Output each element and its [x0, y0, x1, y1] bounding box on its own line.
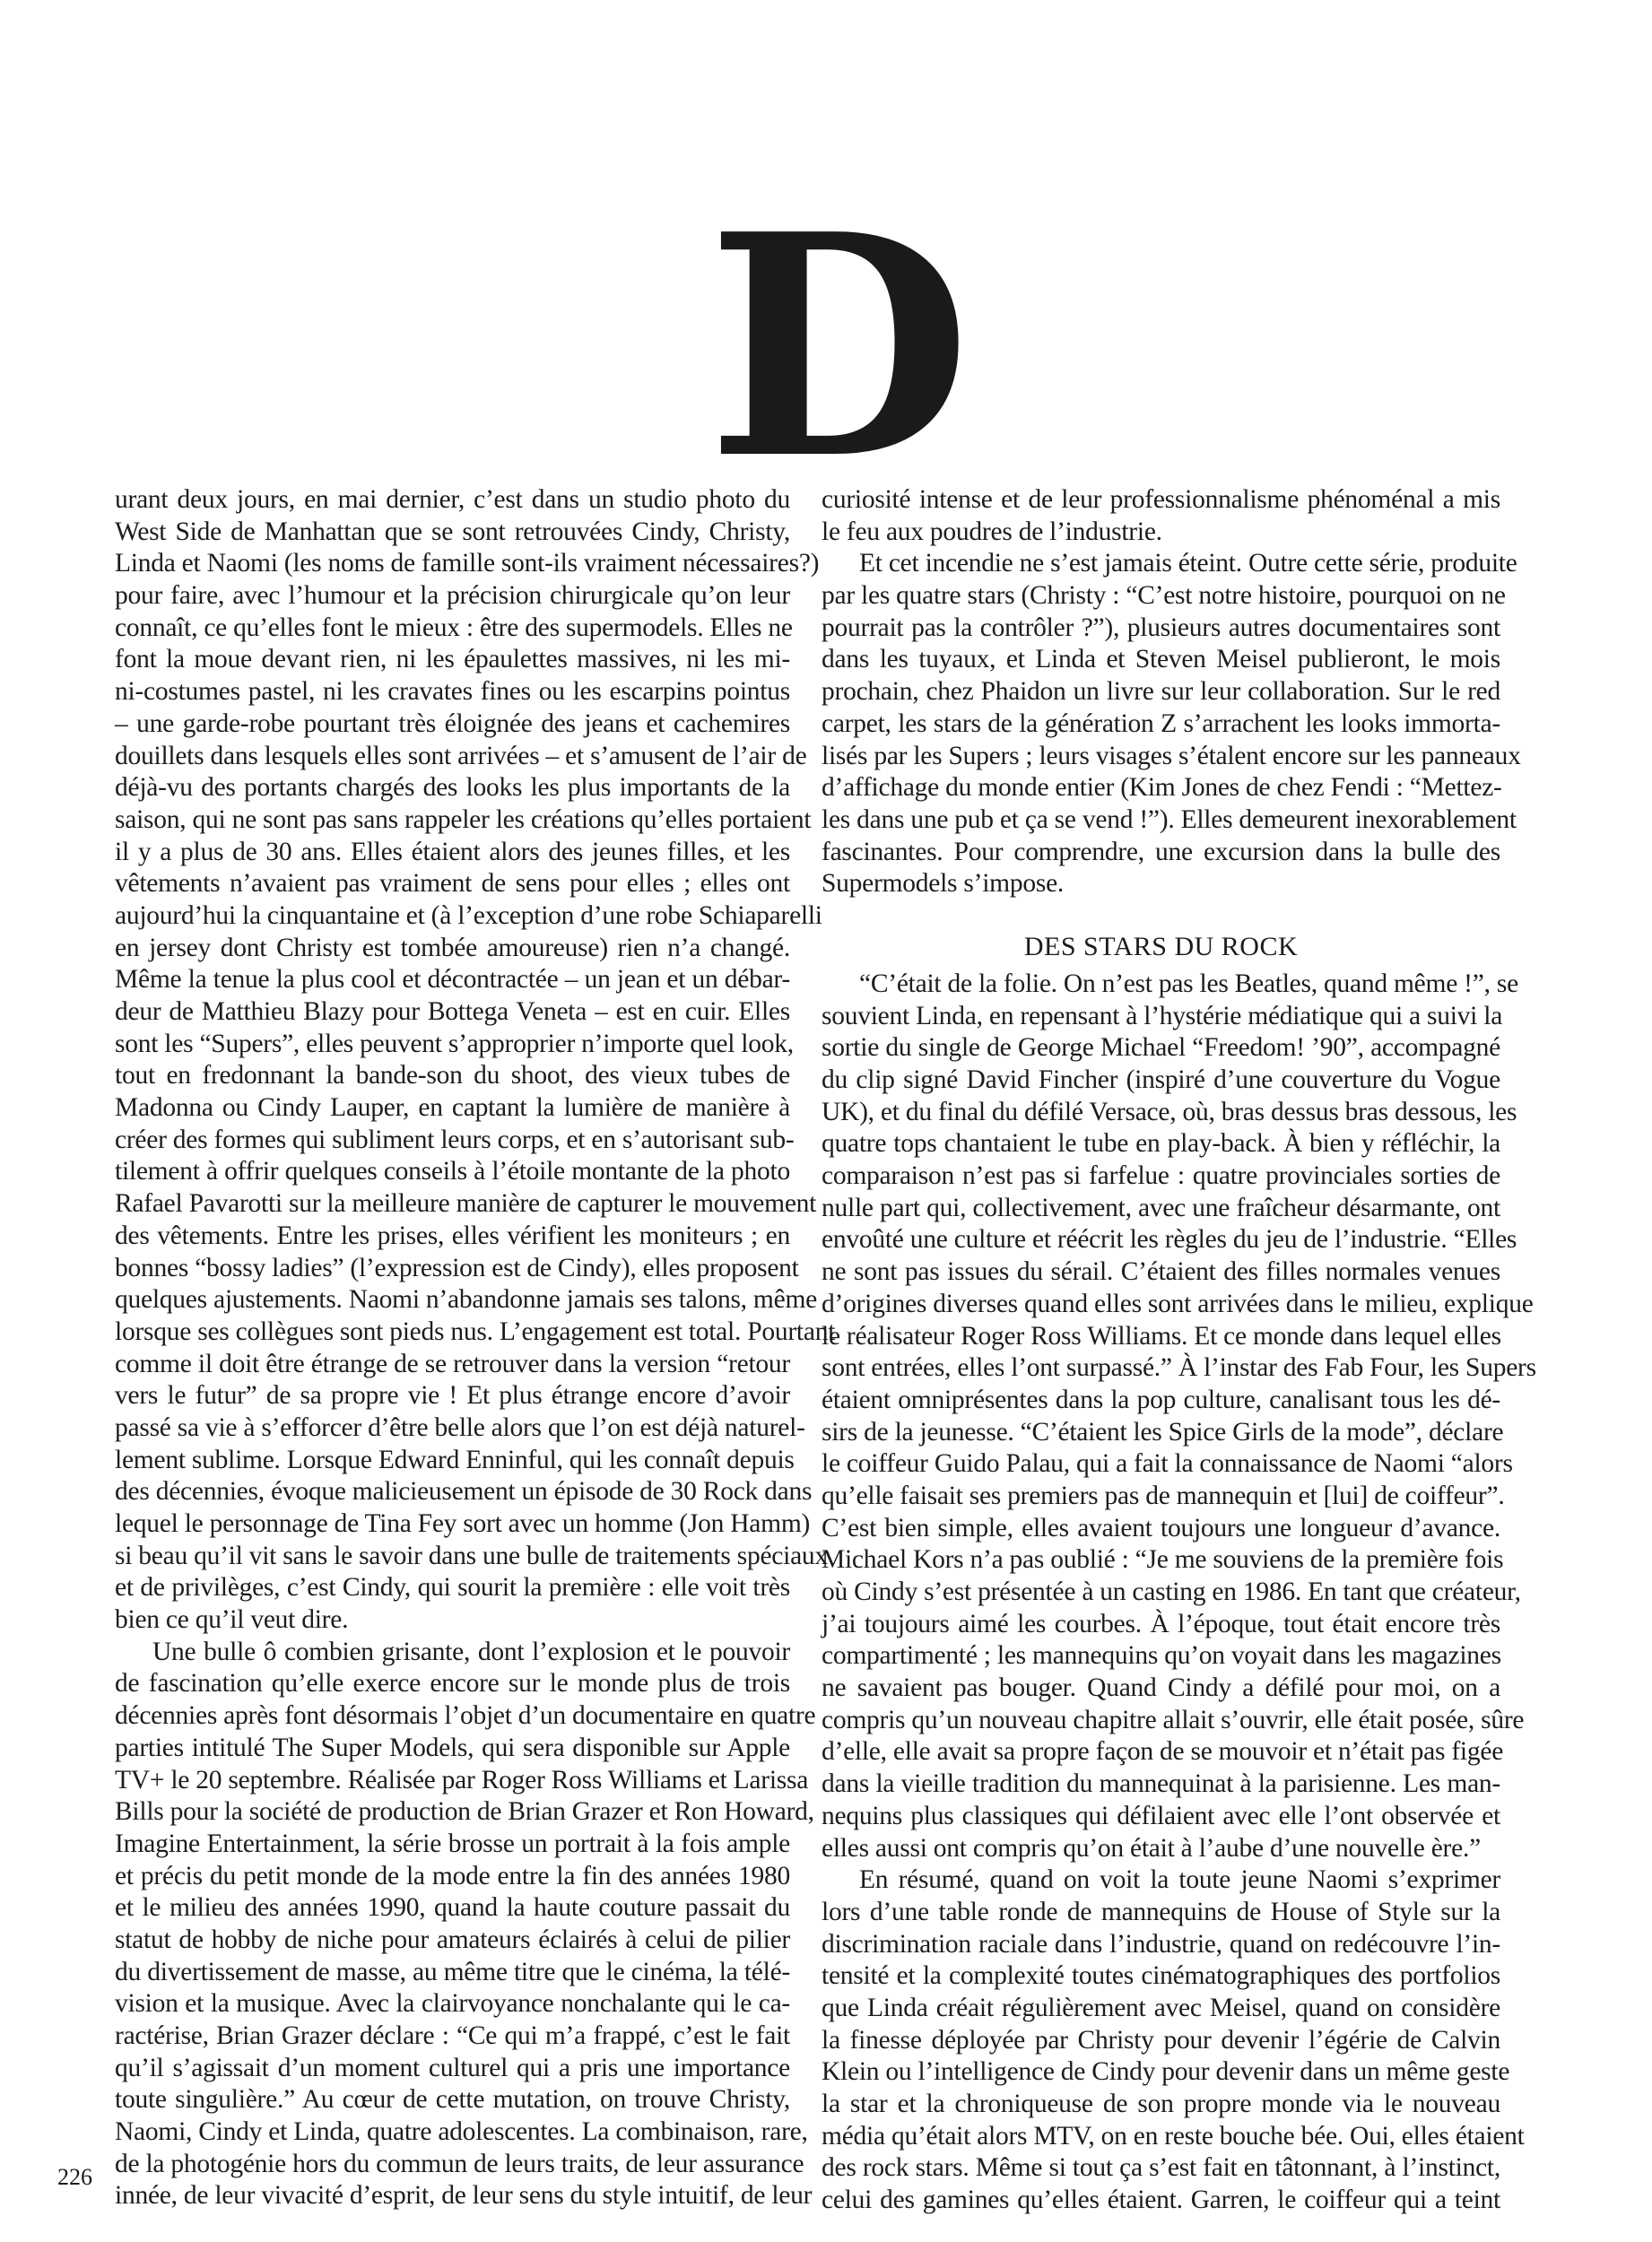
text-line: du clip signé David Fincher (inspiré d’u… — [822, 1065, 1500, 1097]
text-line: “C’était de la folie. On n’est pas les B… — [822, 969, 1500, 1001]
text-line: quelques ajustements. Naomi n’abandonne … — [115, 1284, 790, 1317]
text-line: tout en fredonnant la bande-son du shoot… — [115, 1060, 790, 1092]
text-line: et le milieu des années 1990, quand la h… — [115, 1892, 790, 1925]
text-line: du divertissement de masse, au même titr… — [115, 1957, 790, 1989]
text-line: ractérise, Brian Grazer déclare : “Ce qu… — [115, 2020, 790, 2053]
text-line: bien ce qu’il veut dire. — [115, 1604, 790, 1637]
text-line: innée, de leur vivacité d’esprit, de leu… — [115, 2180, 790, 2212]
text-line: deur de Matthieu Blazy pour Bottega Vene… — [115, 996, 790, 1029]
text-line: le feu aux poudres de l’industrie. — [822, 517, 1500, 549]
text-line: en jersey dont Christy est tombée amoure… — [115, 933, 790, 965]
text-line: statut de hobby de niche pour amateurs é… — [115, 1925, 790, 1957]
text-line: passé sa vie à s’efforcer d’être belle a… — [115, 1412, 790, 1445]
text-line: Linda et Naomi (les noms de famille sont… — [115, 548, 790, 580]
text-line: West Side de Manhattan que se sont retro… — [115, 517, 790, 549]
text-line: et de privilèges, c’est Cindy, qui souri… — [115, 1572, 790, 1604]
text-line: nequins plus classiques qui défilaient a… — [822, 1801, 1500, 1833]
text-line: envoûté une culture et réécrit les règle… — [822, 1224, 1500, 1256]
text-line: sont les “Supers”, elles peuvent s’appro… — [115, 1029, 790, 1061]
text-line: prochain, chez Phaidon un livre sur leur… — [822, 676, 1500, 708]
text-line: Madonna ou Cindy Lauper, en captant la l… — [115, 1092, 790, 1125]
text-line: Rafael Pavarotti sur la meilleure manièr… — [115, 1188, 790, 1221]
text-line: nulle part qui, collectivement, avec une… — [822, 1193, 1500, 1225]
text-line: d’affichage du monde entier (Kim Jones d… — [822, 772, 1500, 804]
text-line: Supermodels s’impose. — [822, 868, 1500, 900]
text-line: pourrait pas la contrôler ?”), plusieurs… — [822, 613, 1500, 645]
text-line: il y a plus de 30 ans. Elles étaient alo… — [115, 837, 790, 869]
text-line: les dans une pub et ça se vend !”). Elle… — [822, 804, 1500, 837]
page-number: 226 — [57, 2164, 92, 2191]
drop-cap-letter: D — [707, 231, 958, 465]
text-line: la star et la chroniqueuse de son propre… — [822, 2089, 1500, 2121]
text-line: média qu’était alors MTV, on en reste bo… — [822, 2121, 1500, 2153]
text-line: bonnes “bossy ladies” (l’expression est … — [115, 1253, 790, 1285]
text-line: comme il doit être étrange de se retrouv… — [115, 1349, 790, 1381]
text-line: carpet, les stars de la génération Z s’a… — [822, 708, 1500, 741]
text-line: tensité et la complexité toutes cinémato… — [822, 1960, 1500, 1993]
text-line: lisés par les Supers ; leurs visages s’é… — [822, 741, 1500, 773]
text-line: En résumé, quand on voit la toute jeune … — [822, 1864, 1500, 1897]
text-line: Imagine Entertainment, la série brosse u… — [115, 1829, 790, 1861]
text-line: créer des formes qui subliment leurs cor… — [115, 1125, 790, 1157]
text-line: décennies après font désormais l’objet d… — [115, 1700, 790, 1733]
text-line: Bills pour la société de production de B… — [115, 1796, 790, 1829]
text-line: lors d’une table ronde de mannequins de … — [822, 1897, 1500, 1929]
text-line: qu’elle faisait ses premiers pas de mann… — [822, 1481, 1500, 1513]
text-line: C’est bien simple, elles avaient toujour… — [822, 1513, 1500, 1545]
text-line: dans les tuyaux, et Linda et Steven Meis… — [822, 644, 1500, 676]
text-line: Michael Kors n’a pas oublié : “Je me sou… — [822, 1544, 1500, 1577]
text-line: vision et la musique. Avec la clairvoyan… — [115, 1988, 790, 2020]
text-line: vêtements n’avaient pas vraiment de sens… — [115, 868, 790, 900]
text-line: parties intitulé The Super Models, qui s… — [115, 1733, 790, 1765]
text-line: d’elle, elle avait sa propre façon de se… — [822, 1736, 1500, 1768]
text-line: lement sublime. Lorsque Edward Enninful,… — [115, 1445, 790, 1477]
text-line: ne sont pas issues du sérail. C’étaient … — [822, 1256, 1500, 1289]
text-line: lequel le personnage de Tina Fey sort av… — [115, 1508, 790, 1541]
text-line: comparaison n’est pas si farfelue : quat… — [822, 1160, 1500, 1193]
text-line: curiosité intense et de leur professionn… — [822, 484, 1500, 517]
text-line: Même la tenue la plus cool et décontract… — [115, 964, 790, 996]
text-line: connaît, ce qu’elles font le mieux : êtr… — [115, 613, 790, 645]
text-line: ne savaient pas bouger. Quand Cindy a dé… — [822, 1673, 1500, 1705]
text-line: discrimination raciale dans l’industrie,… — [822, 1929, 1500, 1961]
text-line: tilement à offrir quelques conseils à l’… — [115, 1156, 790, 1188]
article-column-left: urant deux jours, en mai dernier, c’est … — [115, 484, 790, 2212]
text-line: le réalisateur Roger Ross Williams. Et c… — [822, 1321, 1500, 1353]
section-heading: DES STARS DU ROCK — [822, 925, 1500, 969]
text-line: j’ai toujours aimé les courbes. À l’époq… — [822, 1609, 1500, 1641]
text-line: saison, qui ne sont pas sans rappeler le… — [115, 804, 790, 837]
text-line: des vêtements. Entre les prises, elles v… — [115, 1221, 790, 1253]
text-line: le coiffeur Guido Palau, qui a fait la c… — [822, 1448, 1500, 1481]
text-line: de la photogénie hors du commun de leurs… — [115, 2149, 790, 2181]
text-line: sont entrées, elles l’ont surpassé.” À l… — [822, 1352, 1500, 1385]
text-line: elles aussi ont compris qu’on était à l’… — [822, 1833, 1500, 1865]
text-line: font la moue devant rien, ni les épaulet… — [115, 644, 790, 676]
text-line: sortie du single de George Michael “Free… — [822, 1032, 1500, 1065]
text-line: qu’il s’agissait d’un moment culturel qu… — [115, 2053, 790, 2085]
text-line: Une bulle ô combien grisante, dont l’exp… — [115, 1637, 790, 1669]
text-line: – une garde-robe pourtant très éloignée … — [115, 708, 790, 741]
text-line: d’origines diverses quand elles sont arr… — [822, 1289, 1500, 1321]
text-line: quatre tops chantaient le tube en play-b… — [822, 1128, 1500, 1160]
text-line: pour faire, avec l’humour et la précisio… — [115, 580, 790, 613]
text-line: de fascination qu’elle exerce encore sur… — [115, 1668, 790, 1700]
text-line: Naomi, Cindy et Linda, quatre adolescent… — [115, 2116, 790, 2149]
text-line: dans la vieille tradition du mannequinat… — [822, 1768, 1500, 1801]
text-line: TV+ le 20 septembre. Réalisée par Roger … — [115, 1765, 790, 1797]
text-line: Klein ou l’intelligence de Cindy pour de… — [822, 2056, 1500, 2089]
text-line: sirs de la jeunesse. “C’étaient les Spic… — [822, 1417, 1500, 1449]
text-line: Et cet incendie ne s’est jamais éteint. … — [822, 548, 1500, 580]
text-line: la finesse déployée par Christy pour dev… — [822, 2025, 1500, 2057]
text-line: par les quatre stars (Christy : “C’est n… — [822, 580, 1500, 613]
text-line: déjà-vu des portants chargés des looks l… — [115, 772, 790, 804]
text-line: UK), et du final du défilé Versace, où, … — [822, 1097, 1500, 1129]
text-line: des rock stars. Même si tout ça s’est fa… — [822, 2152, 1500, 2185]
text-line: compris qu’un nouveau chapitre allait s’… — [822, 1705, 1500, 1737]
text-line: fascinantes. Pour comprendre, une excurs… — [822, 837, 1500, 869]
text-line: ni-costumes pastel, ni les cravates fine… — [115, 676, 790, 708]
text-line: vers le futur” de sa propre vie ! Et plu… — [115, 1380, 790, 1412]
text-line: si beau qu’il vit sans le savoir dans un… — [115, 1541, 790, 1573]
text-line: compartimenté ; les mannequins qu’on voy… — [822, 1640, 1500, 1673]
text-line: toute singulière.” Au cœur de cette muta… — [115, 2084, 790, 2116]
article-column-right: curiosité intense et de leur professionn… — [822, 484, 1500, 2217]
text-line: et précis du petit monde de la mode entr… — [115, 1861, 790, 1893]
text-line: lorsque ses collègues sont pieds nus. L’… — [115, 1317, 790, 1349]
text-line: étaient omniprésentes dans la pop cultur… — [822, 1385, 1500, 1417]
text-line: aujourd’hui la cinquantaine et (à l’exce… — [115, 900, 790, 933]
text-line: que Linda créait régulièrement avec Meis… — [822, 1993, 1500, 2025]
text-line: des décennies, évoque malicieusement un … — [115, 1476, 790, 1508]
text-line: urant deux jours, en mai dernier, c’est … — [115, 484, 790, 517]
text-line: où Cindy s’est présentée à un casting en… — [822, 1577, 1500, 1609]
text-line: douillets dans lesquels elles sont arriv… — [115, 741, 790, 773]
text-line: celui des gamines qu’elles étaient. Garr… — [822, 2185, 1500, 2217]
text-line: souvient Linda, en repensant à l’hystéri… — [822, 1001, 1500, 1033]
